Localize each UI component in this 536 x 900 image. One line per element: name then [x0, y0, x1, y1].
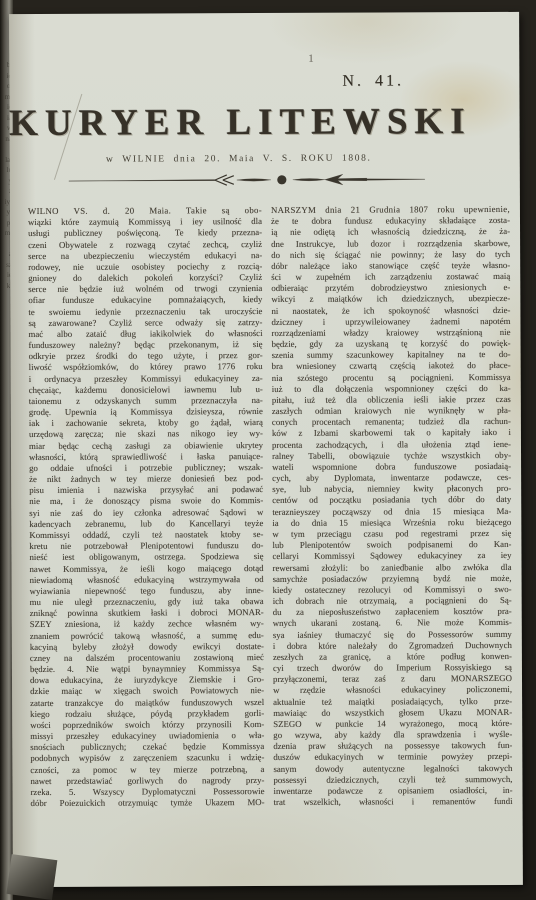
text-line: duszów edukacyinych w terminie powyżey p… — [273, 751, 512, 763]
text-line: chęcaiąc, każdemu donosicielowi iawnemu … — [29, 384, 263, 396]
text-line: i ordynacya przeszłey Kommissyi edukacyi… — [29, 373, 263, 385]
text-line: są zawarowane? Czyliż serce odważy się z… — [28, 317, 262, 329]
text-line: sanym dowody autentyczne legalności tako… — [273, 763, 512, 775]
text-line: zatarte tranzakcye do maiątków funduszow… — [30, 697, 264, 709]
newspaper-page: 1 N. 41. KURYER LITEWSKI w WILNIE dnia 2… — [9, 12, 523, 887]
text-line: sya iaśniey tłumaczyć się do Possessorów… — [273, 628, 512, 640]
text-line: podobnych wypisów z zaręczeniem szacunku… — [30, 752, 264, 764]
text-line: wikcyi z maiątków ich dziedzicznych, ube… — [271, 293, 510, 305]
text-line: liwość współziomków, do którey prawo 177… — [29, 361, 263, 373]
text-line: ofiar fundusze edukacyine pomnażaiących,… — [28, 294, 262, 306]
text-line: kiego rodzaiu służące, póydą przykładem … — [30, 708, 264, 720]
text-line: kacyiną byleby złożył dowody ewikcyi dos… — [30, 641, 264, 653]
text-line: samychże posiadaczów przyiemną bydź nie … — [273, 573, 512, 585]
text-line: aktualnie też maiątki posiadaiących, tyl… — [273, 695, 512, 707]
text-line: mawiaiąc do wszystkich głosem Ukazu MONA… — [273, 707, 512, 719]
text-line: miar będąc cechą zasługi za obiawienie u… — [29, 440, 263, 452]
issue-number: N. 41. — [342, 72, 432, 90]
right-column: NARSZYM dnia 21 Grudnia 1807 roku upewni… — [271, 204, 513, 808]
masthead-title: KURYER LITEWSKI — [0, 100, 496, 145]
text-line: nieść iest obligowanym, ostrzega. Spodzi… — [29, 551, 263, 563]
left-column: WILNO VS. d. 20 Maia. Takie są obo-wiązk… — [28, 205, 265, 809]
text-line: SZEY zniesiona, iż każdy zechce własném … — [30, 618, 264, 630]
text-line: nia szóstego procentu są pociągnieni. Ko… — [272, 372, 511, 384]
text-line: nawet Kommissya, że ieśli kogo maiącego … — [29, 563, 263, 575]
text-line: nie ma, i że donoszący pisma swoie do Ko… — [29, 495, 263, 507]
text-line: dziczney i uprzywileiowaney żadnemi napo… — [271, 316, 510, 328]
text-line: teraznieyszey począwszy od dnia 15 miesi… — [272, 506, 511, 518]
text-line: trat wszelkich, własności i remanentów f… — [274, 796, 513, 808]
text-line: te swoiemu iedynie przeznaczeniu tak uro… — [28, 306, 262, 318]
text-line: i dobra które należały do Zgromadzeń Duc… — [273, 640, 512, 652]
text-line: do nich się ściągać nie powinny; że lasy… — [271, 249, 510, 261]
ink-mark: 1 — [308, 53, 314, 65]
arrow-rule-icon — [67, 170, 427, 190]
text-line: czności, za pomoc w tey mierze potrzebną… — [30, 764, 264, 776]
text-line: nawet przedstawiać gorliwych do nagrody … — [30, 775, 264, 787]
article-body: WILNO VS. d. 20 Maia. Takie są obo-wiązk… — [28, 204, 513, 809]
text-line: possessyi dziedzicznych, czyli też summo… — [273, 774, 512, 786]
text-line: dzkie maiąc w xięgach swoich Powiatowych… — [30, 685, 264, 697]
text-line: w rzędzie własności edukacyiney policzon… — [273, 684, 512, 696]
text-line: urzędową zaręcza; nie skazi nas nikogo i… — [29, 428, 263, 440]
scanned-newspaper-page: { "page": { "issue_label": "N. 41.", "ma… — [0, 0, 536, 900]
text-line: cellaryi Kommissyi Sądowey edukacyiney z… — [272, 550, 511, 562]
text-line: czeni Obywatele z rozwagą czytać zechcą,… — [28, 239, 262, 251]
page-corner-shadow — [6, 854, 57, 900]
text-line: procenta zachodzących, i dla ułożenia zt… — [272, 439, 511, 451]
text-line: ków z Izbami skarbowemi tak o kapitały i… — [272, 427, 511, 439]
text-line: usługi publiczney poświęconą. Te kiedy p… — [28, 227, 262, 239]
text-line: serce na ubezpieczeniu wieczystém edukac… — [28, 250, 262, 262]
dateline: w WILNIE dnia 20. Maia V. S. ROKU 1808. — [0, 153, 494, 165]
text-line: syi nie zaś do iey członka adresować Sąd… — [29, 507, 263, 519]
divider-ornament — [0, 170, 502, 192]
text-line: ią nie odiętą ich własnością dziedziczną… — [271, 226, 510, 238]
text-line: iuż to dla dołączenia wspomnioney części… — [272, 383, 511, 395]
text-line: niewiadomą własność edukacyiną wstrzymyw… — [30, 574, 264, 586]
text-line: wnych ukarani zostaną. 6. Nie może Kommi… — [273, 617, 512, 629]
text-line: bra wniesioney czwartą częścią iakoteż d… — [272, 360, 511, 372]
text-line: centów od początku posiadania tych dóbr … — [272, 494, 511, 506]
text-line: znaniem powrócić takową własność, a summ… — [30, 630, 264, 642]
text-line: dóbr Poiezuickich otrzymuiąc tymże Ukaze… — [31, 797, 265, 809]
text-line: dne Instrukcye, lub dozor i rozrządzenia… — [271, 237, 510, 249]
text-line: ni naostatek, że ich spokoyność własnośc… — [271, 304, 510, 316]
text-line: rewersami złożyli: bo zaniedbanie albo z… — [273, 561, 512, 573]
